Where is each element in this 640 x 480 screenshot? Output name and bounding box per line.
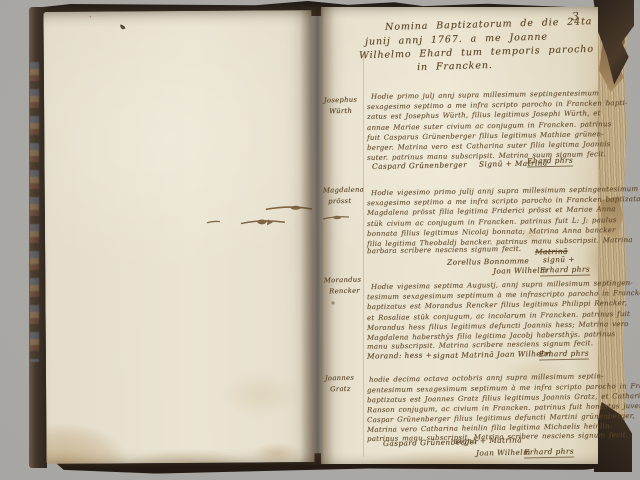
- left-page-blank: [43, 10, 314, 464]
- signature: signā + Matrinā: [455, 435, 522, 445]
- entry-text-line: Magdalena prösst filia legitima Frideric…: [367, 205, 616, 217]
- photograph-of-register-book: 3 Nomina Baptizatorum de die 24ta junij …: [0, 0, 640, 480]
- entry-text-line: barbara scribere nesciens signum fecit.: [367, 245, 521, 255]
- priest-signature: Joan Wilhelm: [476, 447, 531, 457]
- signature: signū +: [543, 255, 575, 265]
- ink-flourish-marks: [43, 10, 314, 464]
- heading-line: Nomina Baptizatorum de die 24ta: [385, 16, 593, 33]
- entry-margin-name: Magdalena prösst: [323, 185, 365, 208]
- margin-rule-line: [363, 53, 364, 457]
- priest-signature: Erhard phrs: [539, 349, 589, 360]
- right-page-register: 3 Nomina Baptizatorum de die 24ta junij …: [321, 7, 598, 464]
- entry-text-line: hodie decima octava octobris annj supra …: [369, 372, 604, 384]
- priest-signature: Ehard phrs: [527, 156, 573, 167]
- heading-line: in Francken.: [417, 60, 493, 73]
- signature: Morand: hess +: [367, 350, 432, 360]
- priest-signature: Erhard phrs: [524, 447, 574, 458]
- signature: signat Matrinā Joan Wilhelm: [433, 349, 551, 360]
- entry-text-line: baptizatus est Morandus Rencker filius l…: [367, 299, 627, 311]
- entry-margin-name: Joannes Gratz: [325, 373, 355, 396]
- priest-signature: Erhard phrs: [540, 265, 590, 276]
- signature: Caspard Grünenberger: [372, 160, 467, 171]
- entry-text-line: zatus est Josephus Würth, filius legitim…: [367, 109, 601, 121]
- entry-margin-name: Morandus Rencker: [324, 275, 362, 298]
- entry-margin-name: Josephus Würth: [324, 95, 358, 118]
